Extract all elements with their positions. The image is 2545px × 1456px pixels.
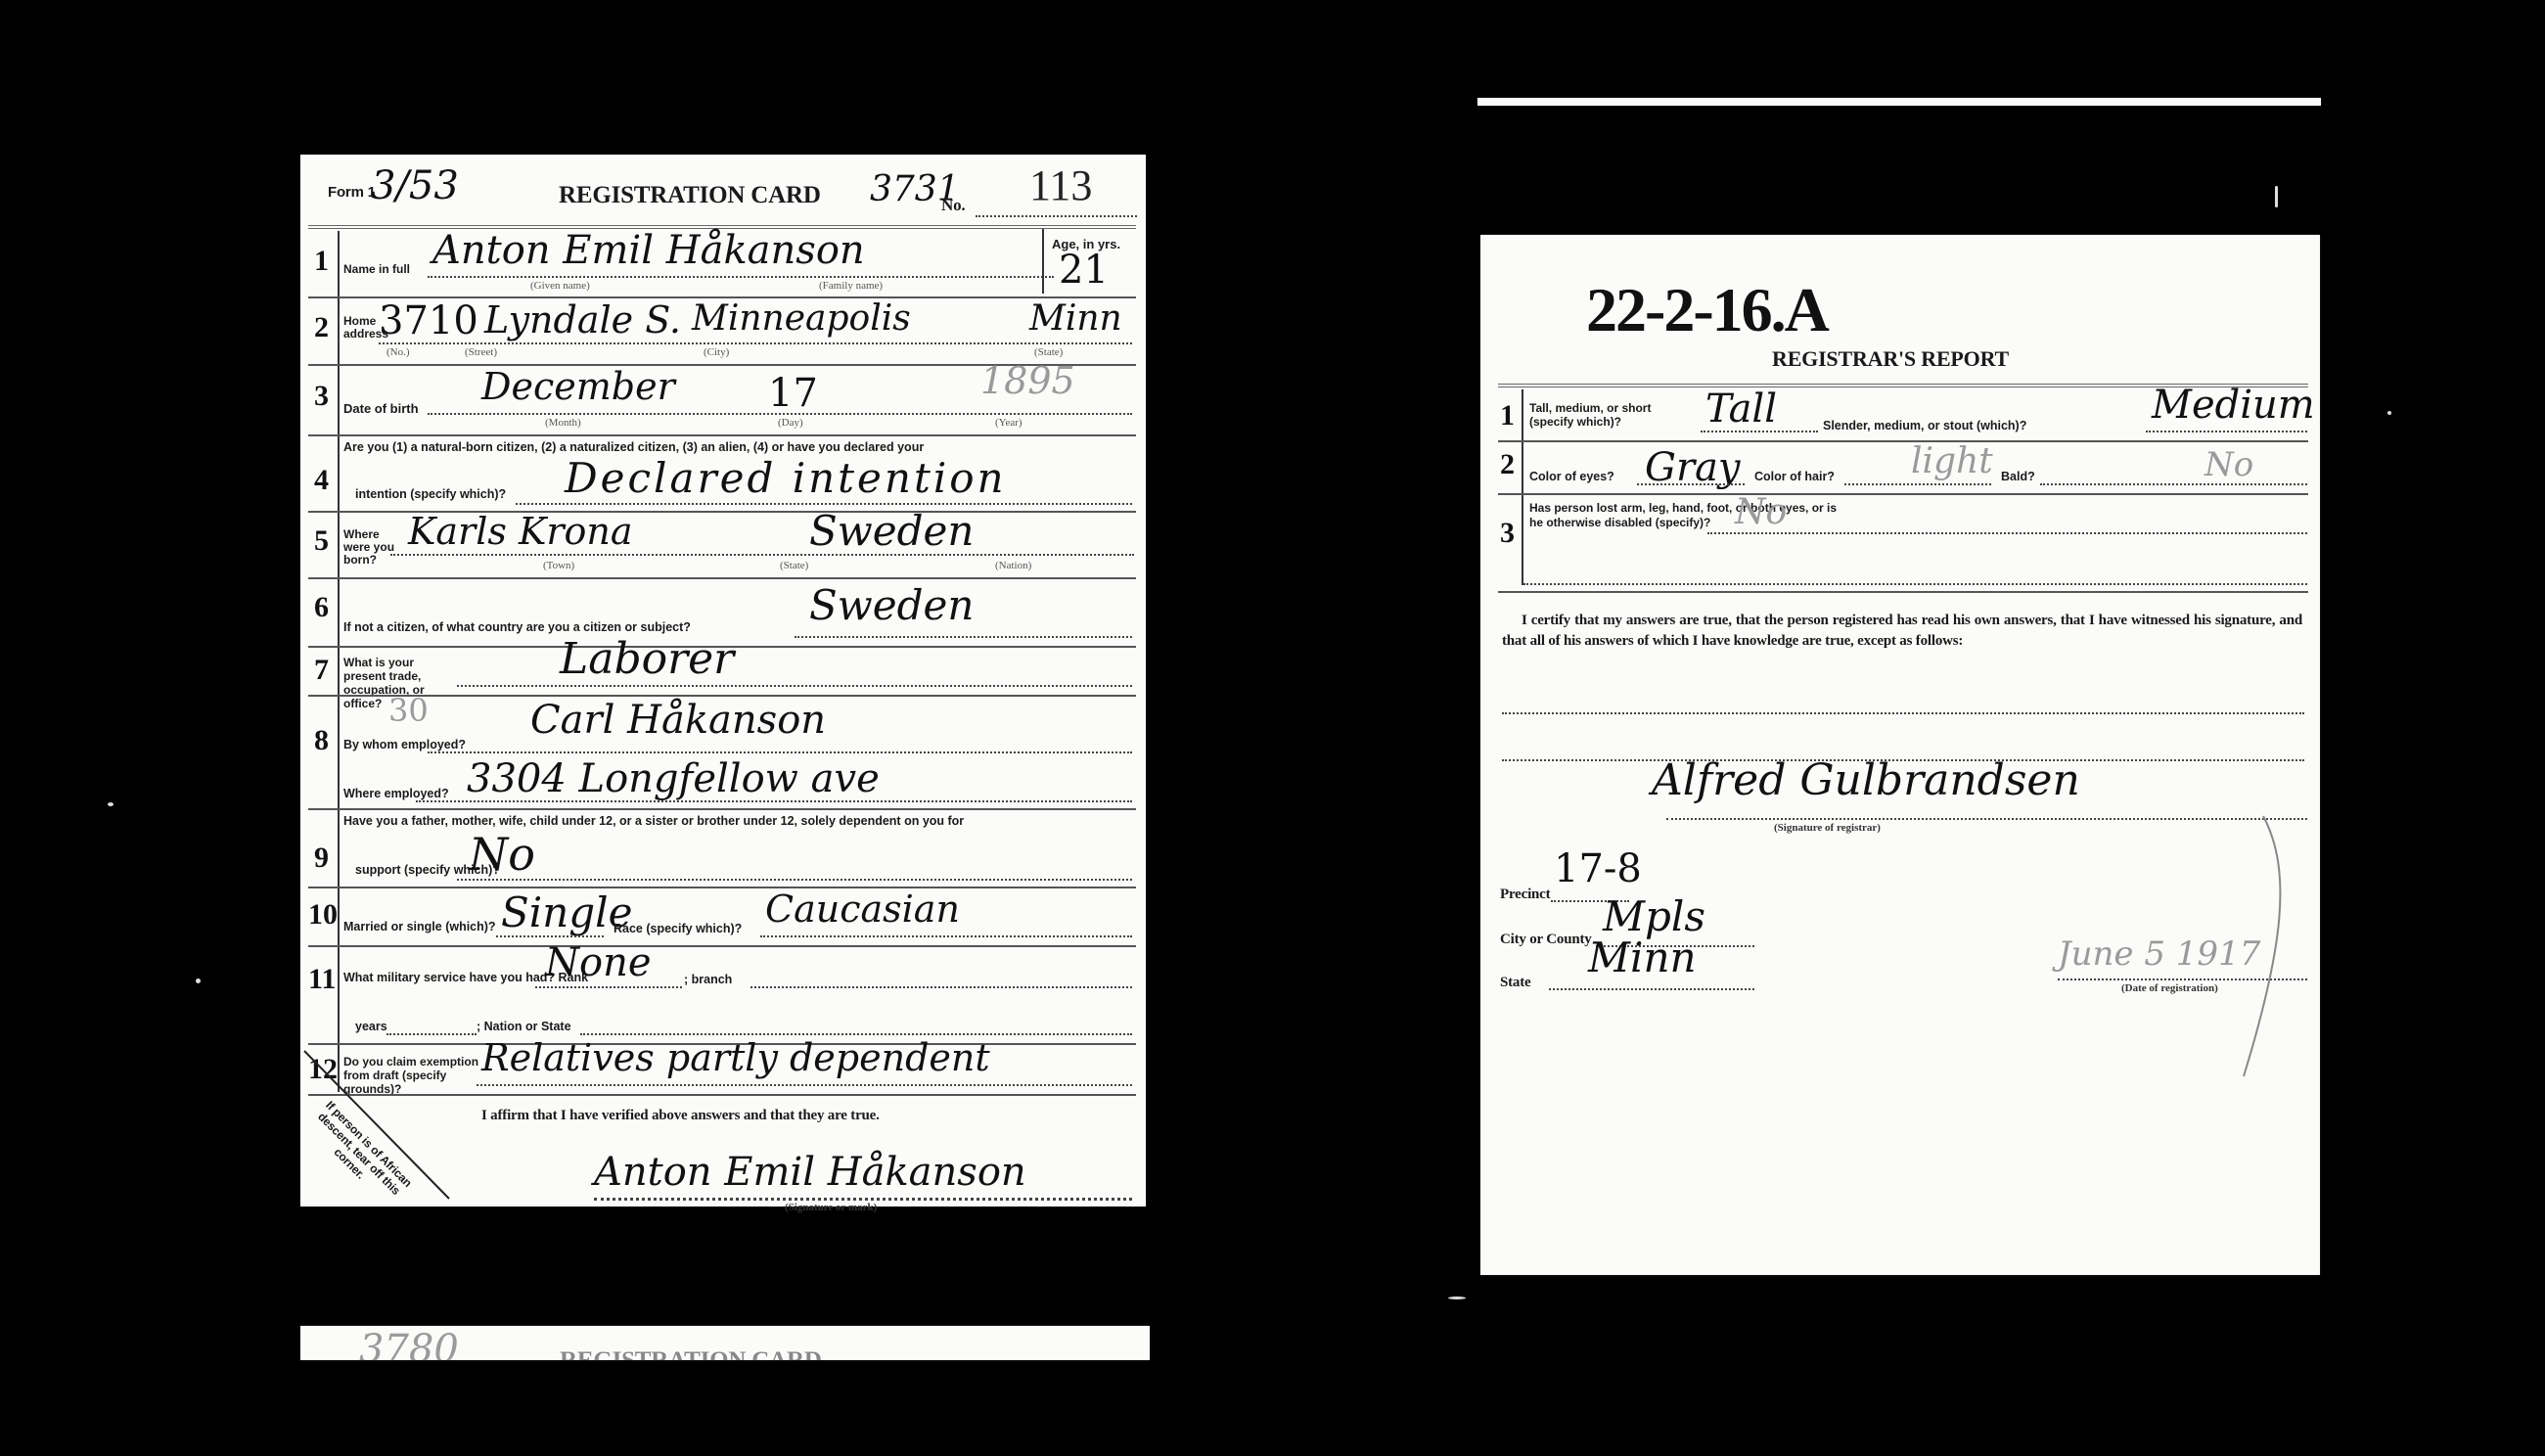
report-row-number-1: 1 — [1500, 399, 1515, 432]
registrar-signature: Alfred Gulbrandsen — [1652, 759, 2080, 802]
birth-day-value: 17 — [768, 374, 818, 413]
row-number-4: 4 — [314, 464, 329, 497]
row-divider — [308, 808, 1136, 810]
name-line — [428, 276, 1054, 278]
next-card-title: REGISTRATION CARD — [560, 1347, 822, 1360]
no-label: No. — [941, 196, 965, 215]
next-card-handwritten-number: 3780 — [359, 1330, 459, 1360]
state-value: Minn — [1588, 937, 1697, 978]
row-number-8: 8 — [314, 724, 329, 757]
employer-label: By whom employed? — [343, 738, 466, 751]
precinct-label: Precinct — [1500, 887, 1550, 903]
row-number-11: 11 — [308, 963, 336, 996]
row-number-10: 10 — [308, 898, 338, 932]
address-state-value: Minn — [1029, 301, 1122, 337]
address-street-sublabel: (Street) — [465, 346, 497, 358]
build-label: Slender, medium, or stout (which)? — [1823, 419, 2026, 432]
race-value: Caucasian — [765, 890, 960, 928]
state-label: State — [1500, 975, 1531, 991]
serial-number-line — [976, 215, 1137, 217]
registration-card-front: Form 1 3/53 REGISTRATION CARD 3731 No. 1… — [300, 155, 1146, 1206]
name-label: Name in full — [343, 262, 410, 276]
day-sublabel: (Day) — [778, 417, 803, 429]
age-column-divider — [1042, 229, 1044, 294]
exemption-line — [477, 1084, 1132, 1086]
height-line — [1701, 431, 1818, 432]
report-row-divider — [1498, 493, 2308, 495]
row-divider — [308, 695, 1136, 697]
registration-date-sublabel: (Date of registration) — [2121, 982, 2218, 994]
row-number-5: 5 — [314, 524, 329, 558]
citizen-country-value: Sweden — [809, 585, 974, 626]
address-city-sublabel: (City) — [704, 346, 729, 358]
exceptions-line-1 — [1502, 712, 2304, 714]
registrant-signature: Anton Emil Håkanson — [594, 1153, 1026, 1192]
address-city-value: Minneapolis — [692, 301, 911, 337]
employer-line — [428, 751, 1132, 753]
registrars-report-back: 22-2-16.A REGISTRAR'S REPORT 1 Tall, med… — [1480, 235, 2320, 1275]
card-title: REGISTRATION CARD — [559, 182, 821, 209]
employer-address-line — [416, 800, 1132, 802]
signature-line — [594, 1198, 1132, 1201]
citizenship-question-line2: intention (specify which)? — [355, 487, 506, 501]
citizenship-value: Declared intention — [565, 458, 1007, 499]
birthplace-label: Where were you born? — [343, 528, 402, 567]
address-no-sublabel: (No.) — [386, 346, 410, 358]
birthplace-line — [390, 554, 1134, 556]
serial-number: 113 — [1029, 160, 1092, 210]
date-of-birth-label: Date of birth — [343, 401, 419, 416]
scan-speck — [108, 802, 114, 806]
report-number-column-divider — [1522, 389, 1523, 585]
form-label: Form 1 — [328, 184, 376, 201]
build-value: Medium — [2152, 386, 2315, 425]
row-number-6: 6 — [314, 591, 329, 624]
given-name-sublabel: (Given name) — [530, 280, 590, 292]
name-value: Anton Emil Håkanson — [432, 231, 865, 270]
citizenship-question-line1: Are you (1) a natural-born citizen, (2) … — [343, 440, 924, 454]
family-name-sublabel: (Family name) — [819, 280, 883, 292]
state-line — [1549, 988, 1754, 990]
dependents-line — [457, 879, 1132, 881]
address-number-value: 3710 — [379, 301, 478, 341]
town-sublabel: (Town) — [543, 560, 574, 571]
row-divider — [308, 434, 1136, 436]
birth-month-value: December — [481, 368, 675, 405]
row-number-9: 9 — [314, 842, 329, 875]
disability-line-2 — [1523, 583, 2307, 585]
branch-label: ; branch — [684, 973, 732, 986]
margin-note: 30 — [388, 695, 429, 726]
report-row-number-3: 3 — [1500, 517, 1515, 550]
address-state-sublabel: (State) — [1034, 346, 1063, 358]
report-code: 22-2-16.A — [1586, 274, 1828, 346]
marital-status-line — [496, 935, 604, 937]
employer-value: Carl Håkanson — [530, 701, 826, 740]
employer-address-label: Where employed? — [343, 787, 449, 800]
city-county-label: City or County — [1500, 932, 1592, 948]
birthplace-town-value: Karls Krona — [408, 513, 633, 550]
rank-line — [535, 986, 682, 988]
citizen-country-label: If not a citizen, of what country are yo… — [343, 620, 691, 634]
month-sublabel: (Month) — [545, 417, 581, 429]
report-row-divider — [1498, 591, 2308, 593]
birthplace-nation-value: Sweden — [809, 511, 974, 552]
registrar-signature-sublabel: (Signature of registrar) — [1774, 822, 1881, 834]
scan-speck — [2275, 186, 2278, 207]
hair-color-label: Color of hair? — [1754, 470, 1835, 483]
affirmation-text: I affirm that I have verified above answ… — [481, 1108, 880, 1124]
row-number-column-divider — [338, 231, 340, 1092]
nation-or-state-line — [580, 1033, 1132, 1035]
branch-line — [750, 986, 1132, 988]
nation-or-state-label: ; Nation or State — [477, 1020, 571, 1033]
bald-value: No — [2204, 448, 2253, 481]
bald-label: Bald? — [2001, 470, 2035, 483]
date-of-birth-line — [428, 413, 1132, 415]
birth-year-value: 1895 — [980, 362, 1075, 399]
signature-sublabel: (Signature or mark) — [785, 1202, 877, 1213]
report-title: REGISTRAR'S REPORT — [1772, 346, 2009, 372]
hair-color-line — [1844, 483, 1991, 485]
pen-stroke-mark — [2224, 812, 2302, 1086]
eye-color-value: Gray — [1645, 448, 1741, 487]
eye-color-line — [1637, 483, 1745, 485]
occupation-line — [457, 685, 1132, 687]
build-line — [2146, 431, 2307, 432]
height-label: Tall, medium, or short (specify which)? — [1529, 401, 1686, 429]
report-row-divider — [1498, 440, 2308, 442]
nation-sublabel: (Nation) — [995, 560, 1031, 571]
disability-value: No — [1735, 495, 1787, 530]
state-sublabel: (State) — [780, 560, 808, 571]
race-line — [760, 935, 1132, 937]
military-rank-value: None — [545, 943, 652, 982]
registrar-signature-line — [1666, 818, 2307, 820]
precinct-value: 17-8 — [1554, 849, 1642, 888]
citizen-country-line — [795, 636, 1132, 638]
handwritten-form-number: 3/53 — [371, 166, 459, 205]
row-number-2: 2 — [314, 311, 329, 344]
exemption-value: Relatives partly dependent — [481, 1039, 990, 1076]
height-value: Tall — [1705, 389, 1777, 429]
certification-text: I certify that my answers are true, that… — [1502, 611, 2302, 652]
row-divider — [308, 887, 1136, 888]
citizenship-line — [516, 503, 1132, 505]
occupation-value: Laborer — [560, 638, 734, 681]
adjacent-card-edge — [1477, 98, 2321, 106]
race-label: Race (specify which)? — [614, 922, 742, 935]
scan-speck — [196, 978, 201, 983]
row-number-3: 3 — [314, 380, 329, 413]
address-line — [379, 342, 1132, 344]
dependents-question-line1: Have you a father, mother, wife, child u… — [343, 814, 964, 828]
next-registration-card-preview: 3780 REGISTRATION CARD — [300, 1326, 1150, 1360]
disability-line — [1707, 532, 2307, 534]
row-divider — [308, 945, 1136, 947]
row-divider — [308, 577, 1136, 579]
hair-color-value: light — [1911, 444, 1993, 479]
report-row-number-2: 2 — [1500, 448, 1515, 481]
city-county-value: Mpls — [1603, 896, 1705, 937]
years-label: years — [355, 1020, 387, 1033]
scan-speck — [1448, 1297, 1466, 1299]
disability-label: Has person lost arm, leg, hand, foot, or… — [1529, 501, 1842, 530]
address-street-value: Lyndale S. — [484, 301, 681, 339]
years-line — [386, 1033, 477, 1035]
dependents-value: No — [469, 832, 535, 877]
eye-color-label: Color of eyes? — [1529, 470, 1614, 483]
scan-speck — [2387, 411, 2391, 415]
bald-line — [2040, 483, 2307, 485]
year-sublabel: (Year) — [995, 417, 1023, 429]
age-value: 21 — [1059, 250, 1109, 290]
row-number-1: 1 — [314, 245, 329, 278]
row-number-7: 7 — [314, 654, 329, 687]
marital-status-label: Married or single (which)? — [343, 920, 496, 933]
employer-address-value: 3304 Longfellow ave — [467, 759, 880, 798]
